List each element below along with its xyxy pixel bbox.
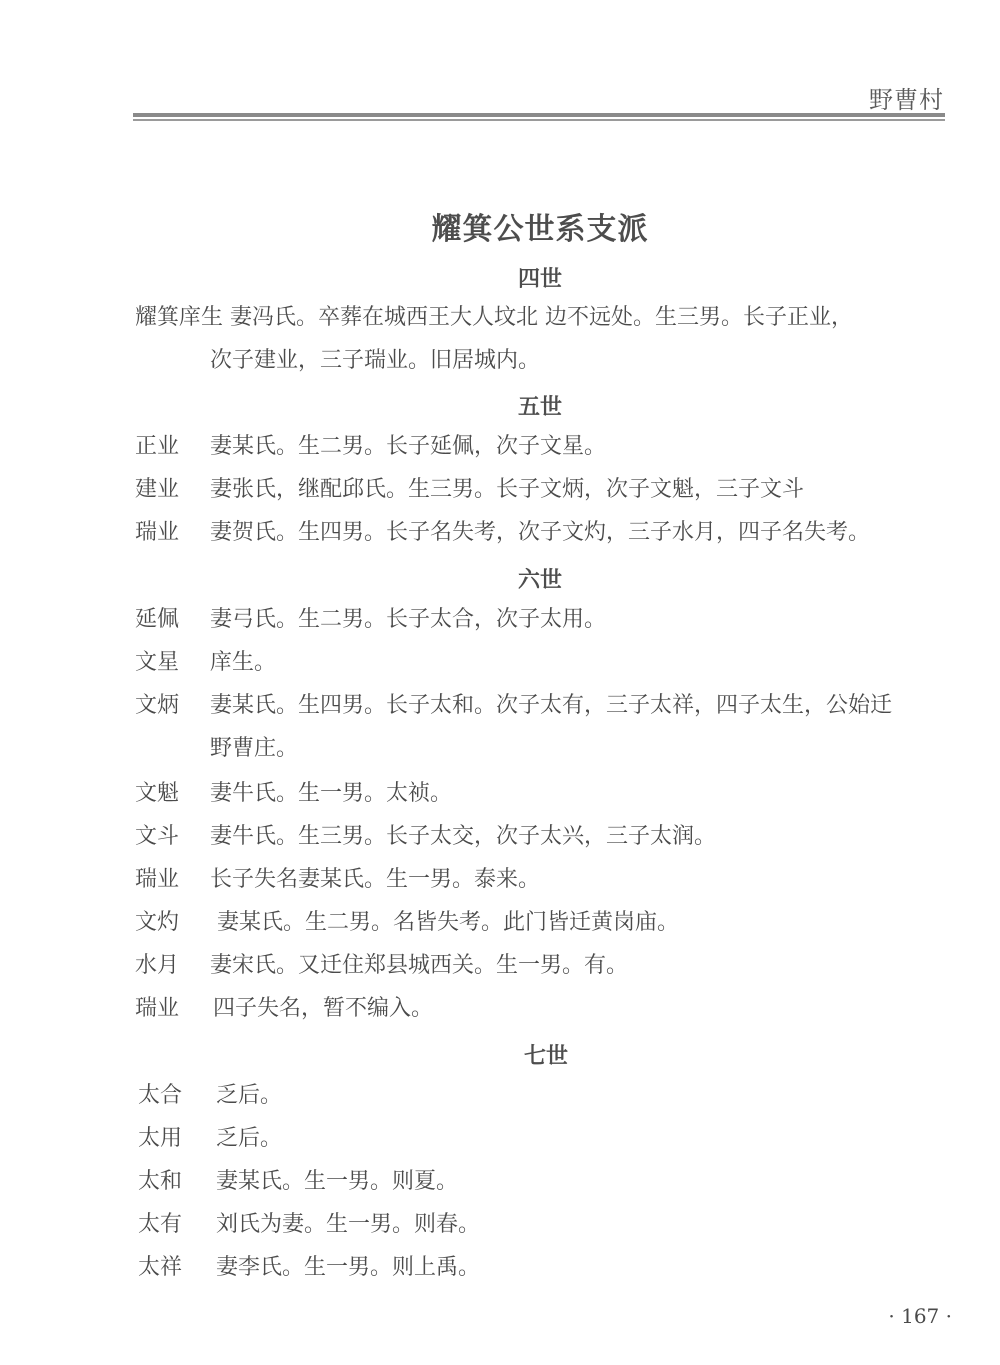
entry-name: 瑞业 [135, 511, 210, 554]
entry: 瑞业长子失名妻某氏。生一男。泰来。 [135, 858, 950, 901]
entry: 瑞业妻贺氏。生四男。长子名失考，次子文灼，三子水月，四子名失考。 [135, 511, 950, 554]
entry-name: 耀箕庠生 [135, 296, 230, 339]
entry-text: 妻张氏，继配邱氏。生三男。长子文炳，次子文魁，三子文斗 [210, 477, 804, 502]
entry-text: 妻牛氏。生一男。太祯。 [210, 781, 452, 806]
entry-name: 文灼 [135, 901, 217, 944]
entry: 太和妻某氏。生一男。则夏。 [138, 1160, 953, 1203]
header-rule-thick [133, 113, 945, 117]
entry-text: 长子失名妻某氏。生一男。泰来。 [210, 867, 540, 892]
entry-text: 妻某氏。生二男。名皆失考。此门皆迁黄岗庙。 [217, 910, 679, 935]
generation-heading-7: 七世 [6, 1039, 1000, 1070]
entry: 瑞业四子失名，暂不编入。 [135, 987, 950, 1030]
entry-text: 乏后。 [216, 1126, 282, 1151]
generation-heading-6: 六世 [0, 563, 1000, 594]
entry-text: 庠生。 [210, 650, 276, 675]
entry-text: 乏后。 [216, 1083, 282, 1108]
entry: 文魁妻牛氏。生一男。太祯。 [135, 772, 950, 815]
entry-text: 四子失名，暂不编入。 [213, 996, 433, 1021]
entry-name: 延佩 [135, 598, 210, 641]
entry-name: 太和 [138, 1160, 216, 1203]
running-head: 野曹村 [869, 80, 944, 115]
entry: 正业妻某氏。生二男。长子延佩，次子文星。 [135, 425, 950, 468]
entry-text: 妻宋氏。又迁住郑县城西关。生一男。有。 [210, 953, 628, 978]
entry-name: 文星 [135, 641, 210, 684]
entry-name: 文斗 [135, 815, 210, 858]
entry-text: 妻李氏。生一男。则上禹。 [216, 1255, 480, 1280]
entry: 太祥妻李氏。生一男。则上禹。 [138, 1246, 953, 1289]
entry-text: 妻某氏。生四男。长子太和。次子太有，三子太祥，四子太生，公始迁 [210, 693, 892, 718]
entry-name: 瑞业 [135, 858, 210, 901]
entry: 文斗妻牛氏。生三男。长子太交，次子太兴，三子太润。 [135, 815, 950, 858]
entry-text: 刘氏为妻。生一男。则春。 [216, 1212, 480, 1237]
entry-text: 妻牛氏。生三男。长子太交，次子太兴，三子太润。 [210, 824, 716, 849]
entry-text: 妻弓氏。生二男。长子太合，次子太用。 [210, 607, 606, 632]
generation-heading-4: 四世 [0, 262, 1000, 293]
entry-text: 妻贺氏。生四男。长子名失考，次子文灼，三子水月，四子名失考。 [210, 520, 870, 545]
entry-name: 瑞业 [135, 987, 213, 1030]
entry-continuation: 次子建业，三子瑞业。旧居城内。 [135, 339, 950, 382]
entry-name: 太有 [138, 1203, 216, 1246]
entry: 文灼妻某氏。生二男。名皆失考。此门皆迁黄岗庙。 [135, 901, 950, 944]
entry-name: 文魁 [135, 772, 210, 815]
entry: 太用乏后。 [138, 1117, 953, 1160]
entry-name: 太用 [138, 1117, 216, 1160]
generation-heading-5: 五世 [0, 390, 1000, 421]
entry: 水月妻宋氏。又迁住郑县城西关。生一男。有。 [135, 944, 950, 987]
entry-name: 水月 [135, 944, 210, 987]
entry-continuation: 野曹庄。 [135, 727, 950, 770]
entry-name: 建业 [135, 468, 210, 511]
entry-text: 妻某氏。生二男。长子延佩，次子文星。 [210, 434, 606, 459]
entry: 延佩妻弓氏。生二男。长子太合，次子太用。 [135, 598, 950, 641]
entry-name: 正业 [135, 425, 210, 468]
page-title: 耀箕公世系支派 [0, 204, 1000, 248]
entry: 文星庠生。 [135, 641, 950, 684]
entry-text: 妻冯氏。卒葬在城西王大人坟北 边不远处。生三男。长子正业， [230, 305, 853, 330]
entry-name: 太合 [138, 1074, 216, 1117]
entry: 建业妻张氏，继配邱氏。生三男。长子文炳，次子文魁，三子文斗 [135, 468, 950, 511]
entry-name: 太祥 [138, 1246, 216, 1289]
entry: 文炳妻某氏。生四男。长子太和。次子太有，三子太祥，四子太生，公始迁 野曹庄。 [135, 684, 950, 770]
entry-name: 文炳 [135, 684, 210, 727]
entry: 太合乏后。 [138, 1074, 953, 1117]
entry-text: 妻某氏。生一男。则夏。 [216, 1169, 458, 1194]
header-rule-thin [133, 119, 945, 121]
entry: 太有刘氏为妻。生一男。则春。 [138, 1203, 953, 1246]
entry: 耀箕庠生妻冯氏。卒葬在城西王大人坟北 边不远处。生三男。长子正业， 次子建业，三… [135, 296, 950, 382]
page-number: · 167 · [888, 1304, 952, 1328]
